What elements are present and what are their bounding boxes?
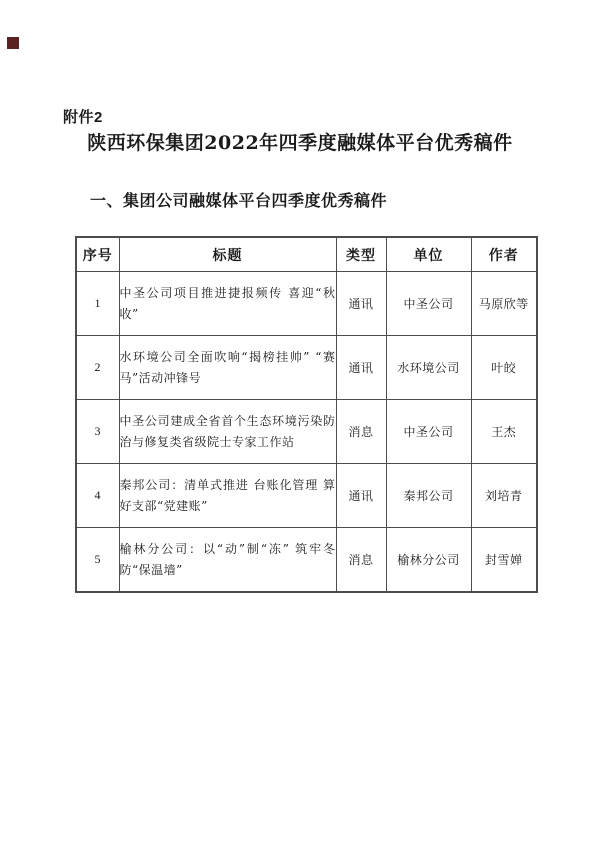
cell-no: 4 xyxy=(76,464,119,528)
cell-author: 刘培青 xyxy=(471,464,537,528)
cell-type: 通讯 xyxy=(336,336,386,400)
cell-type: 消息 xyxy=(336,400,386,464)
cell-author: 叶皎 xyxy=(471,336,537,400)
table-row: 1 中圣公司项目推进捷报频传 喜迎“秋收” 通讯 中圣公司 马原欣等 xyxy=(76,272,537,336)
header-no: 序号 xyxy=(76,237,119,272)
document-page: 附件2 陕西环保集团2022年四季度融媒体平台优秀稿件 一、集团公司融媒体平台四… xyxy=(0,0,600,848)
cell-title: 水环境公司全面吹响“揭榜挂帅” “赛马”活动冲锋号 xyxy=(119,336,336,400)
cell-no: 1 xyxy=(76,272,119,336)
cell-title: 秦邦公司：清单式推进 台账化管理 算好支部“党建账” xyxy=(119,464,336,528)
cell-title: 中圣公司建成全省首个生态环境污染防治与修复类省级院士专家工作站 xyxy=(119,400,336,464)
cell-author: 王杰 xyxy=(471,400,537,464)
table-row: 4 秦邦公司：清单式推进 台账化管理 算好支部“党建账” 通讯 秦邦公司 刘培青 xyxy=(76,464,537,528)
table-row: 5 榆林分公司：以“动”制“冻” 筑牢冬防“保温墙” 消息 榆林分公司 封雪婵 xyxy=(76,528,537,593)
header-type: 类型 xyxy=(336,237,386,272)
cell-author: 封雪婵 xyxy=(471,528,537,593)
cell-unit: 中圣公司 xyxy=(386,400,471,464)
red-corner-mark xyxy=(7,37,19,49)
table-header-row: 序号 标题 类型 单位 作者 xyxy=(76,237,537,272)
cell-no: 2 xyxy=(76,336,119,400)
cell-no: 3 xyxy=(76,400,119,464)
cell-type: 通讯 xyxy=(336,272,386,336)
header-unit: 单位 xyxy=(386,237,471,272)
cell-author: 马原欣等 xyxy=(471,272,537,336)
cell-title: 榆林分公司：以“动”制“冻” 筑牢冬防“保温墙” xyxy=(119,528,336,593)
attachment-label: 附件2 xyxy=(63,106,103,127)
table-row: 2 水环境公司全面吹响“揭榜挂帅” “赛马”活动冲锋号 通讯 水环境公司 叶皎 xyxy=(76,336,537,400)
cell-unit: 秦邦公司 xyxy=(386,464,471,528)
document-title: 陕西环保集团2022年四季度融媒体平台优秀稿件 xyxy=(0,128,600,155)
cell-unit: 水环境公司 xyxy=(386,336,471,400)
header-title: 标题 xyxy=(119,237,336,272)
section-heading: 一、集团公司融媒体平台四季度优秀稿件 xyxy=(90,188,387,211)
cell-unit: 榆林分公司 xyxy=(386,528,471,593)
awards-table: 序号 标题 类型 单位 作者 1 中圣公司项目推进捷报频传 喜迎“秋收” 通讯 … xyxy=(75,236,538,593)
cell-title: 中圣公司项目推进捷报频传 喜迎“秋收” xyxy=(119,272,336,336)
header-author: 作者 xyxy=(471,237,537,272)
cell-type: 通讯 xyxy=(336,464,386,528)
cell-no: 5 xyxy=(76,528,119,593)
cell-type: 消息 xyxy=(336,528,386,593)
table-row: 3 中圣公司建成全省首个生态环境污染防治与修复类省级院士专家工作站 消息 中圣公… xyxy=(76,400,537,464)
cell-unit: 中圣公司 xyxy=(386,272,471,336)
